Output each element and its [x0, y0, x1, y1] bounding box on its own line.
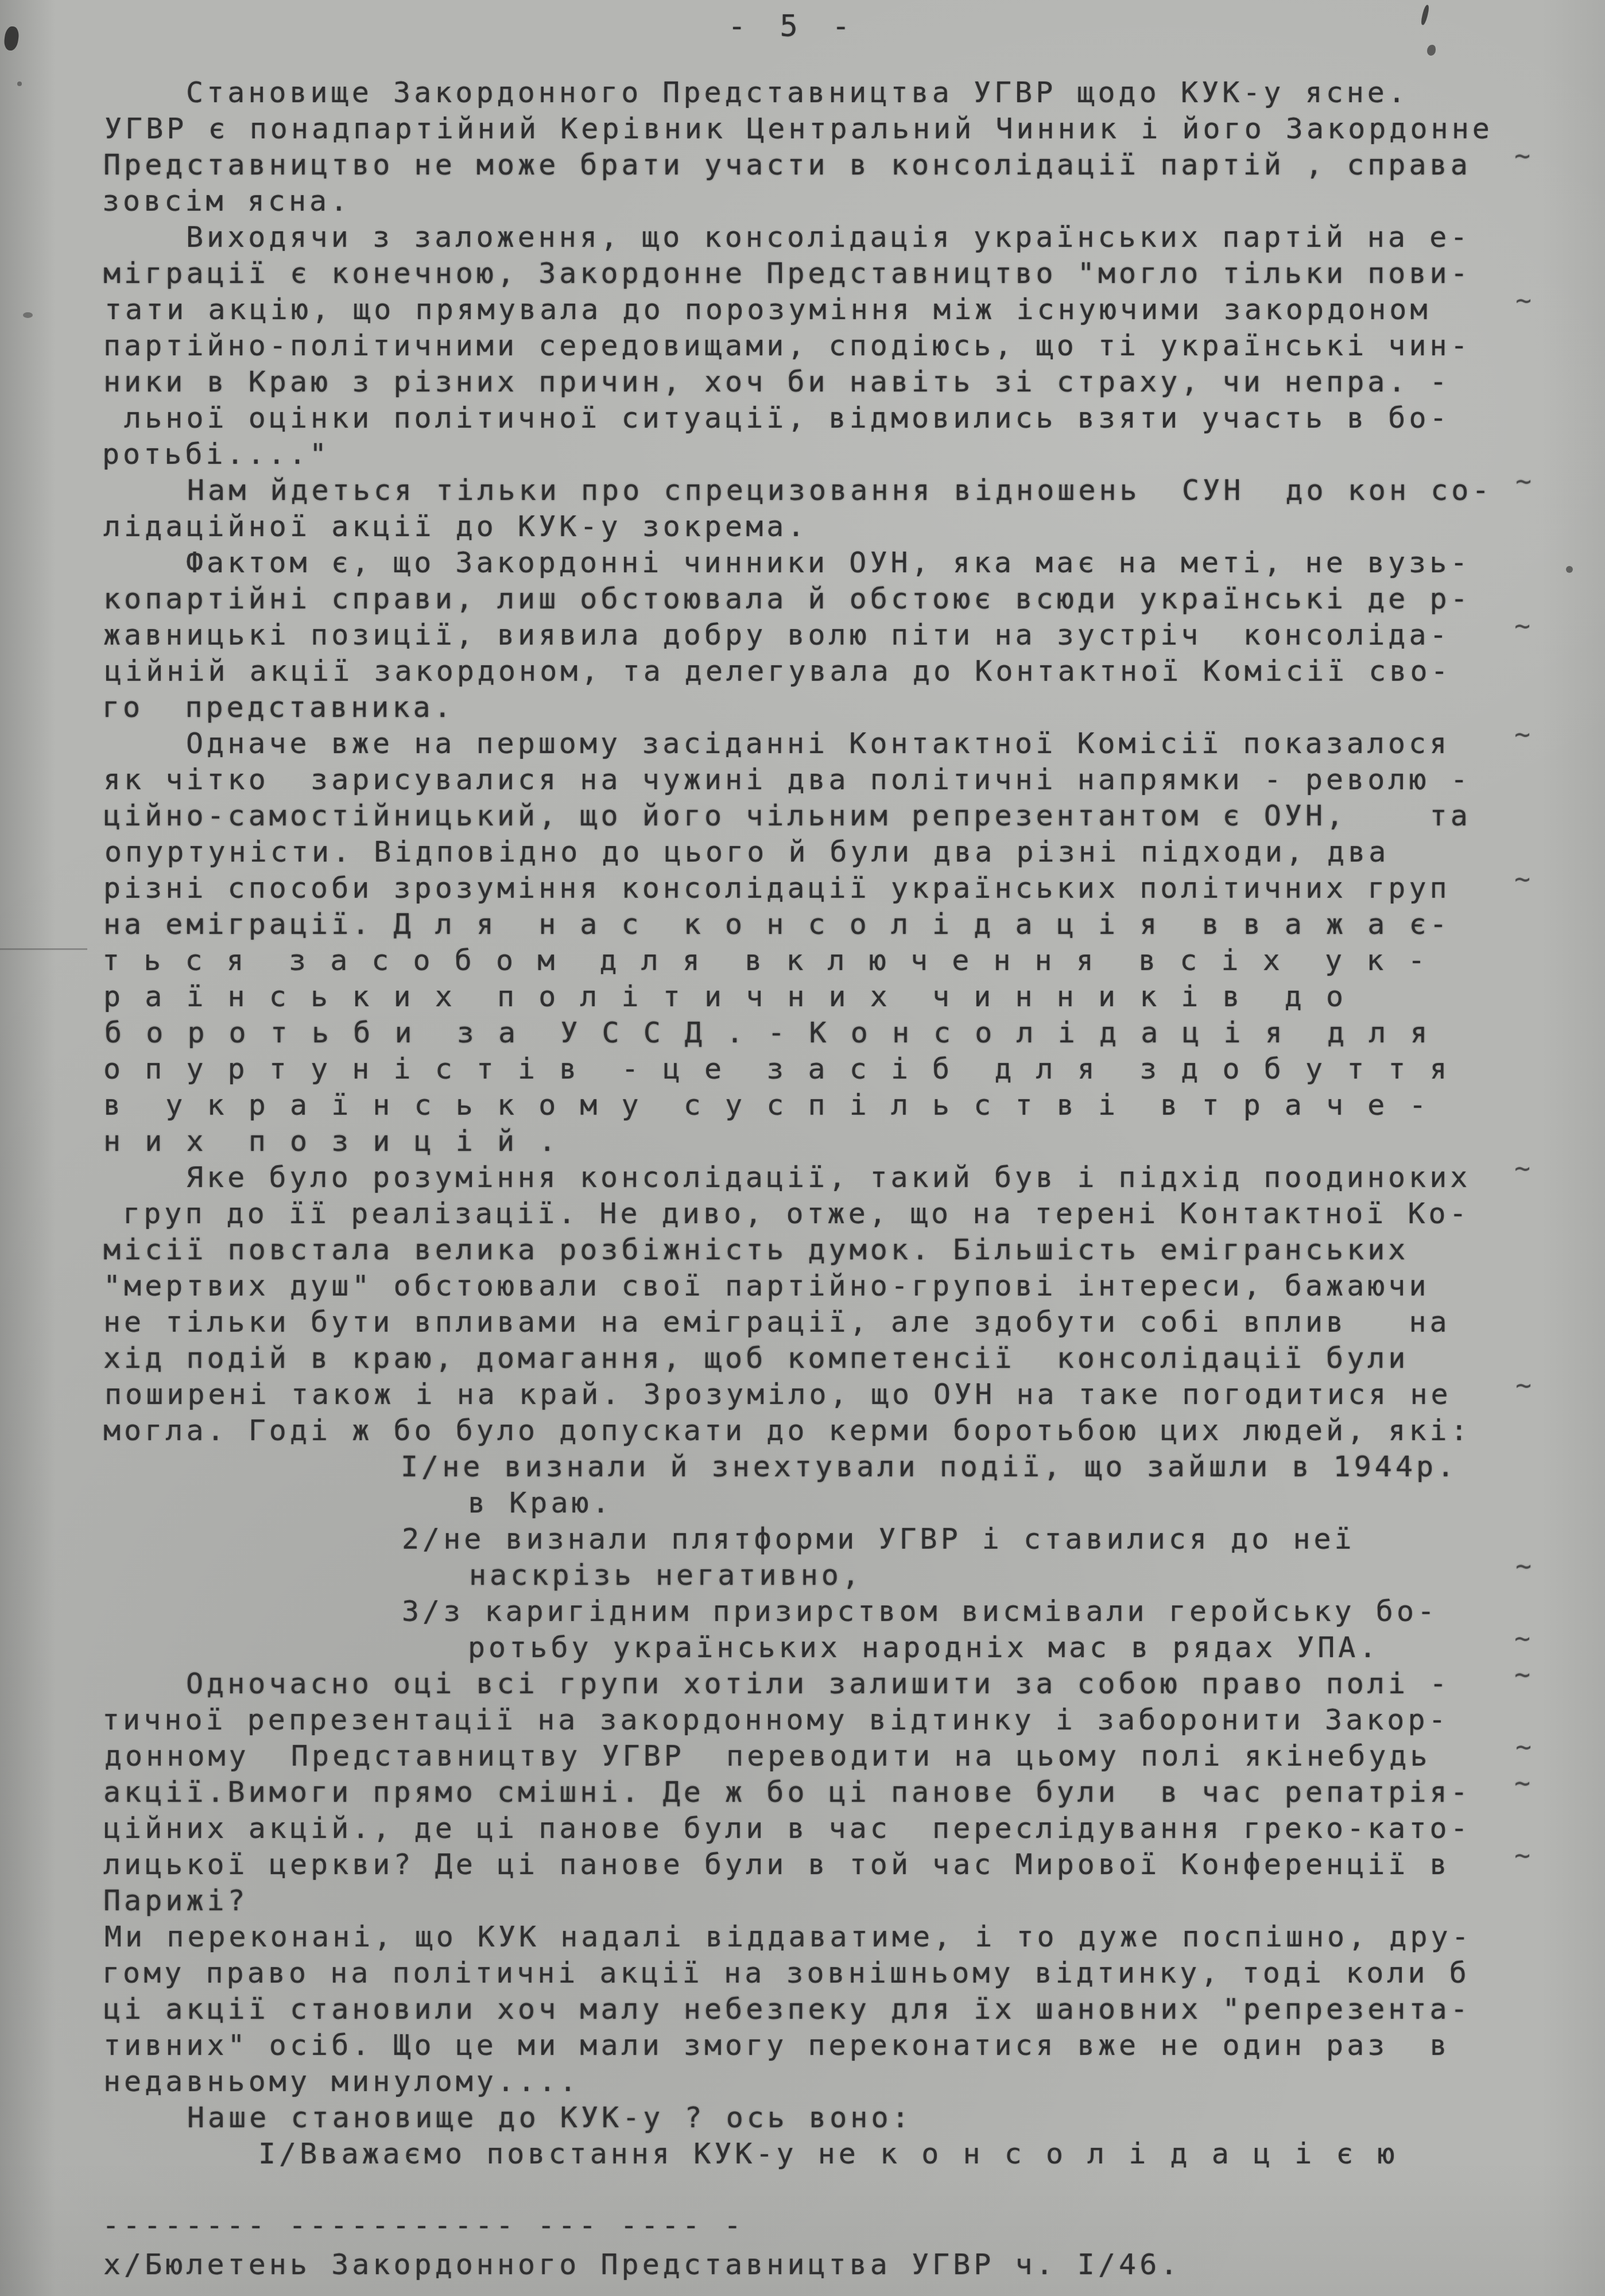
text-line: на еміграції. Д л я н а с к о н с о л і … — [103, 906, 1527, 943]
text-line-content: льної оцінки політичної ситуації, відмов… — [103, 401, 1451, 435]
text-line-content: Одночасно оці всі групи хотіли залишити … — [186, 1667, 1450, 1700]
text-line: тивних" осіб. Що це ми мали змогу переко… — [103, 2027, 1527, 2064]
text-line-content: тивних" осіб. Що це ми мали змогу переко… — [103, 2029, 1451, 2062]
text-line: о п у р т у н і с т і в - ц е з а с і б … — [103, 1051, 1527, 1087]
text-line: могла. Годі ж бо було допускати до керми… — [103, 1413, 1527, 1449]
text-line: в Краю. — [103, 1485, 1527, 1521]
text-line: УГВР є понадпартійний Керівник Центральн… — [104, 111, 1528, 147]
text-line: не тільки бути впливами на еміграції, ал… — [103, 1304, 1527, 1340]
text-line: лицької церкви? Де ці панове були в той … — [103, 1847, 1527, 1883]
text-line: опуртуністи. Відповідно до цього й були … — [104, 834, 1528, 870]
scan-speck-top-right-2 — [1427, 45, 1436, 56]
text-line-content: І/не визнали й знехтували події, що зайш… — [401, 1450, 1457, 1483]
text-line: І/не визнали й знехтували події, що зайш… — [102, 1449, 1526, 1485]
text-line: гому право на політичні акції на зовнішн… — [102, 1955, 1526, 1991]
text-line: хід подій в краю, домагання, щоб компете… — [103, 1340, 1527, 1376]
text-line: Представництво не може брати участи в ко… — [103, 147, 1527, 183]
text-line-content: н и х п о з и ц і й . — [103, 1124, 559, 1158]
text-line-content: "мертвих душ" обстоювали свої партійно-г… — [103, 1269, 1430, 1302]
text-line-content: Виходячи з заложення, що консолідація ук… — [186, 220, 1471, 254]
text-line: н и х п о з и ц і й . — [103, 1123, 1527, 1159]
text-line: Наше становище до КУК-у ? ось воно: — [104, 2100, 1528, 2136]
margin-tilde-mark: ~ — [1514, 716, 1530, 753]
text-line: "мертвих душ" обстоювали свої партійно-г… — [103, 1268, 1527, 1304]
text-line-content: на еміграції. Д л я н а с к о н с о л і … — [103, 907, 1451, 941]
text-line-content: ційній акції закордоном, та делегувала д… — [104, 654, 1452, 688]
text-line-content: наскрізь негативно, — [469, 1558, 863, 1592]
text-line-content: гому право на політичні акції на зовнішн… — [102, 1956, 1470, 1989]
text-line-content: в Краю. — [468, 1486, 613, 1519]
margin-tilde-mark: ~ — [1514, 861, 1530, 897]
margin-tilde-mark: ~ — [1514, 1765, 1530, 1801]
text-line-content: УГВР є понадпартійний Керівник Центральн… — [104, 112, 1493, 145]
text-line: І/Вважаємо повстання КУК-у не к о н с о … — [103, 2136, 1527, 2172]
text-line-content: ційно-самостійницький, що його чільним р… — [103, 799, 1471, 832]
text-line: Ми переконані, що КУК надалі віддаватиме… — [104, 1919, 1528, 1955]
text-line: копартійні справи, лиш обстоювала й обст… — [103, 581, 1527, 617]
text-line-content: т ь с я з а с о б о м д л я в к л ю ч е … — [102, 944, 1429, 977]
text-line: ники в Краю з різних причин, хоч би наві… — [103, 364, 1527, 400]
text-line-content: донному Представництву УГВР переводити н… — [104, 1739, 1431, 1773]
text-line-content: хід подій в краю, домагання, щоб компете… — [103, 1341, 1409, 1375]
text-line-content: І/Вважаємо повстання КУК-у не к о н с о … — [258, 2137, 1398, 2170]
scan-scratch-line — [0, 948, 87, 950]
page-number: - 5 - — [728, 9, 858, 44]
document-body: Становище Закордонного Представництва УГ… — [103, 75, 1527, 2172]
text-line-content: ротьбу українських народніх мас в рядах … — [468, 1631, 1380, 1664]
margin-tilde-mark: ~ — [1514, 1620, 1530, 1657]
text-line: 3/з каригідним призирством висмівали гер… — [103, 1593, 1527, 1630]
text-line: жавницькі позиції, виявила добру волю пі… — [103, 617, 1527, 653]
text-line-content: партійно-політичними середовищами, споді… — [103, 329, 1471, 362]
text-line: Фактом є, що Закордонні чинники ОУН, яка… — [103, 545, 1527, 581]
text-line-content: могла. Годі ж бо було допускати до керми… — [103, 1414, 1471, 1447]
text-line-content: ційних акцій., де ці панове були в час п… — [103, 1812, 1471, 1845]
text-line: як чітко зарисувалися на чужині два полі… — [103, 762, 1527, 798]
text-line: в у к р а ї н с ь к о м у с у с п і л ь … — [103, 1087, 1527, 1123]
text-line: Одначе вже на першому засіданні Контактн… — [103, 726, 1527, 762]
footnote-separator-line: -------- ----------- --- ---- - — [102, 2209, 745, 2242]
text-line-content: ники в Краю з різних причин, хоч би наві… — [103, 365, 1451, 398]
text-line-content: акції.Вимоги прямо смішні. Де ж бо ці па… — [103, 1775, 1471, 1809]
text-line-content: Ми переконані, що КУК надалі віддаватиме… — [104, 1920, 1472, 1953]
text-line: Парижі? — [103, 1883, 1527, 1919]
text-line-content: Яке було розуміння консолідації, такий б… — [186, 1161, 1471, 1194]
text-line-content: б о р о т ь б и з а У С С Д . - К о н с … — [104, 1016, 1431, 1049]
text-line-content: Представництво не може брати участи в ко… — [103, 148, 1471, 181]
text-line: місії повстала велика розбіжність думок.… — [103, 1232, 1527, 1268]
text-line: акції.Вимоги прямо смішні. Де ж бо ці па… — [103, 1774, 1527, 1810]
text-line-content: ці акції становили хоч малу небезпеку дл… — [103, 1992, 1471, 2026]
text-line: груп до її реалізації. Не диво, отже, що… — [102, 1196, 1526, 1232]
scan-speck-right-edge — [1566, 566, 1573, 573]
text-line-content: міграції є конечною, Закордонне Представ… — [103, 257, 1471, 290]
text-line-content: тати акцію, що прямувала до порозуміння … — [104, 293, 1431, 326]
margin-tilde-mark: ~ — [1515, 463, 1532, 499]
text-line: ротьбу українських народніх мас в рядах … — [103, 1630, 1527, 1666]
margin-tilde-mark: ~ — [1514, 1837, 1530, 1874]
text-line: лідаційної акції до КУК-у зокрема. — [103, 509, 1527, 545]
margin-tilde-mark: ~ — [1515, 1367, 1532, 1403]
text-line: ційних акцій., де ці панове були в час п… — [103, 1810, 1527, 1847]
text-line: р а ї н с ь к и х п о л і т и ч н и х ч … — [103, 979, 1527, 1015]
text-line-content: ротьбі...." — [102, 437, 330, 471]
text-line: т ь с я з а с о б о м д л я в к л ю ч е … — [102, 943, 1526, 979]
text-line-content: 2/не визнали плятформи УГВР і ставилися … — [402, 1522, 1355, 1556]
text-line-content: Парижі? — [103, 1884, 249, 1917]
text-line-content: жавницькі позиції, виявила добру волю пі… — [103, 618, 1451, 651]
text-line: наскрізь негативно,~ — [104, 1557, 1528, 1593]
text-line-content: го представника. — [102, 691, 455, 724]
text-line: го представника. — [102, 689, 1526, 726]
text-line: Нам йдеться тільки про спрецизовання від… — [104, 472, 1528, 509]
text-line: ційно-самостійницький, що його чільним р… — [103, 798, 1527, 834]
text-line-content: о п у р т у н і с т і в - ц е з а с і б … — [103, 1052, 1451, 1085]
margin-tilde-mark: ~ — [1515, 282, 1532, 319]
text-line: ційній акції закордоном, та делегувала д… — [104, 653, 1528, 689]
text-line-content: груп до її реалізації. Не диво, отже, що… — [102, 1197, 1470, 1230]
footnote-text: х/Бюлетень Закордонного Представництва У… — [103, 2248, 1181, 2281]
text-line-content: поширені також і на край. Зрозуміло, що … — [104, 1378, 1452, 1411]
scan-speck-top-right-1 — [1420, 4, 1430, 25]
scan-blob-top-left — [3, 26, 20, 52]
text-line: Виходячи з заложення, що консолідація ук… — [103, 219, 1527, 255]
text-line: Яке було розуміння консолідації, такий б… — [103, 1159, 1527, 1196]
text-line-content: лідаційної акції до КУК-у зокрема. — [103, 510, 808, 543]
text-line-content: тичної репрезентації на закордонному від… — [102, 1703, 1449, 1736]
text-line-content: копартійні справи, лиш обстоювала й обст… — [103, 582, 1471, 615]
margin-tilde-mark: ~ — [1515, 1548, 1532, 1584]
text-line-content: різні способи зрозуміння консолідації ук… — [103, 871, 1451, 905]
margin-tilde-mark: ~ — [1514, 1657, 1530, 1693]
margin-tilde-mark: ~ — [1515, 1729, 1532, 1765]
margin-tilde-mark: ~ — [1514, 138, 1530, 174]
text-line-content: Наше становище до КУК-у ? ось воно: — [187, 2101, 913, 2134]
text-line-content: 3/з каригідним призирством висмівали гер… — [402, 1595, 1438, 1628]
text-line-content: недавньому минулому.... — [103, 2065, 580, 2098]
text-line: тати акцію, що прямувала до порозуміння … — [104, 292, 1528, 328]
text-line: Одночасно оці всі групи хотіли залишити … — [103, 1666, 1527, 1702]
text-line: б о р о т ь б и з а У С С Д . - К о н с … — [104, 1015, 1528, 1051]
text-line-content: Становище Закордонного Представництва УГ… — [186, 76, 1409, 109]
text-line: партійно-політичними середовищами, споді… — [103, 328, 1527, 364]
text-line: льної оцінки політичної ситуації, відмов… — [103, 400, 1527, 436]
text-line-content: зовсім ясна. — [102, 184, 351, 218]
text-line: тичної репрезентації на закордонному від… — [102, 1702, 1526, 1738]
scanned-document-page: - 5 - Становище Закордонного Представниц… — [0, 0, 1605, 2296]
text-line: донному Представництву УГВР переводити н… — [104, 1738, 1528, 1774]
text-line: міграції є конечною, Закордонне Представ… — [103, 255, 1527, 292]
text-line: поширені також і на край. Зрозуміло, що … — [104, 1376, 1528, 1413]
text-line-content: р а ї н с ь к и х п о л і т и ч н и х ч … — [103, 980, 1347, 1013]
text-line: недавньому минулому.... — [103, 2064, 1527, 2100]
scan-speck-left-margin-1 — [23, 312, 33, 318]
text-line-content: лицької церкви? Де ці панове були в той … — [103, 1848, 1451, 1881]
text-line: Становище Закордонного Представництва УГ… — [103, 75, 1527, 111]
text-line-content: опуртуністи. Відповідно до цього й були … — [104, 835, 1389, 868]
text-line-content: Одначе вже на першому засіданні Контактн… — [186, 727, 1450, 760]
text-line-content: як чітко зарисувалися на чужині два полі… — [103, 763, 1471, 796]
text-line-content: місії повстала велика розбіжність думок.… — [103, 1233, 1409, 1266]
text-line: ротьбі...." — [102, 436, 1526, 472]
text-line-content: не тільки бути впливами на еміграції, ал… — [103, 1305, 1451, 1339]
text-line: різні способи зрозуміння консолідації ук… — [103, 870, 1527, 906]
text-line-content: в у к р а ї н с ь к о м у с у с п і л ь … — [103, 1088, 1430, 1122]
scan-speck-left-margin-2 — [17, 82, 22, 86]
margin-tilde-mark: ~ — [1514, 1150, 1530, 1186]
text-line: 2/не визнали плятформи УГВР і ставилися … — [103, 1521, 1527, 1557]
text-line-content: Нам йдеться тільки про спрецизовання від… — [187, 474, 1492, 507]
text-line: ці акції становили хоч малу небезпеку дл… — [103, 1991, 1527, 2027]
text-line: зовсім ясна. — [102, 183, 1526, 219]
margin-tilde-mark: ~ — [1514, 608, 1530, 644]
text-line-content: Фактом є, що Закордонні чинники ОУН, яка… — [186, 546, 1471, 579]
